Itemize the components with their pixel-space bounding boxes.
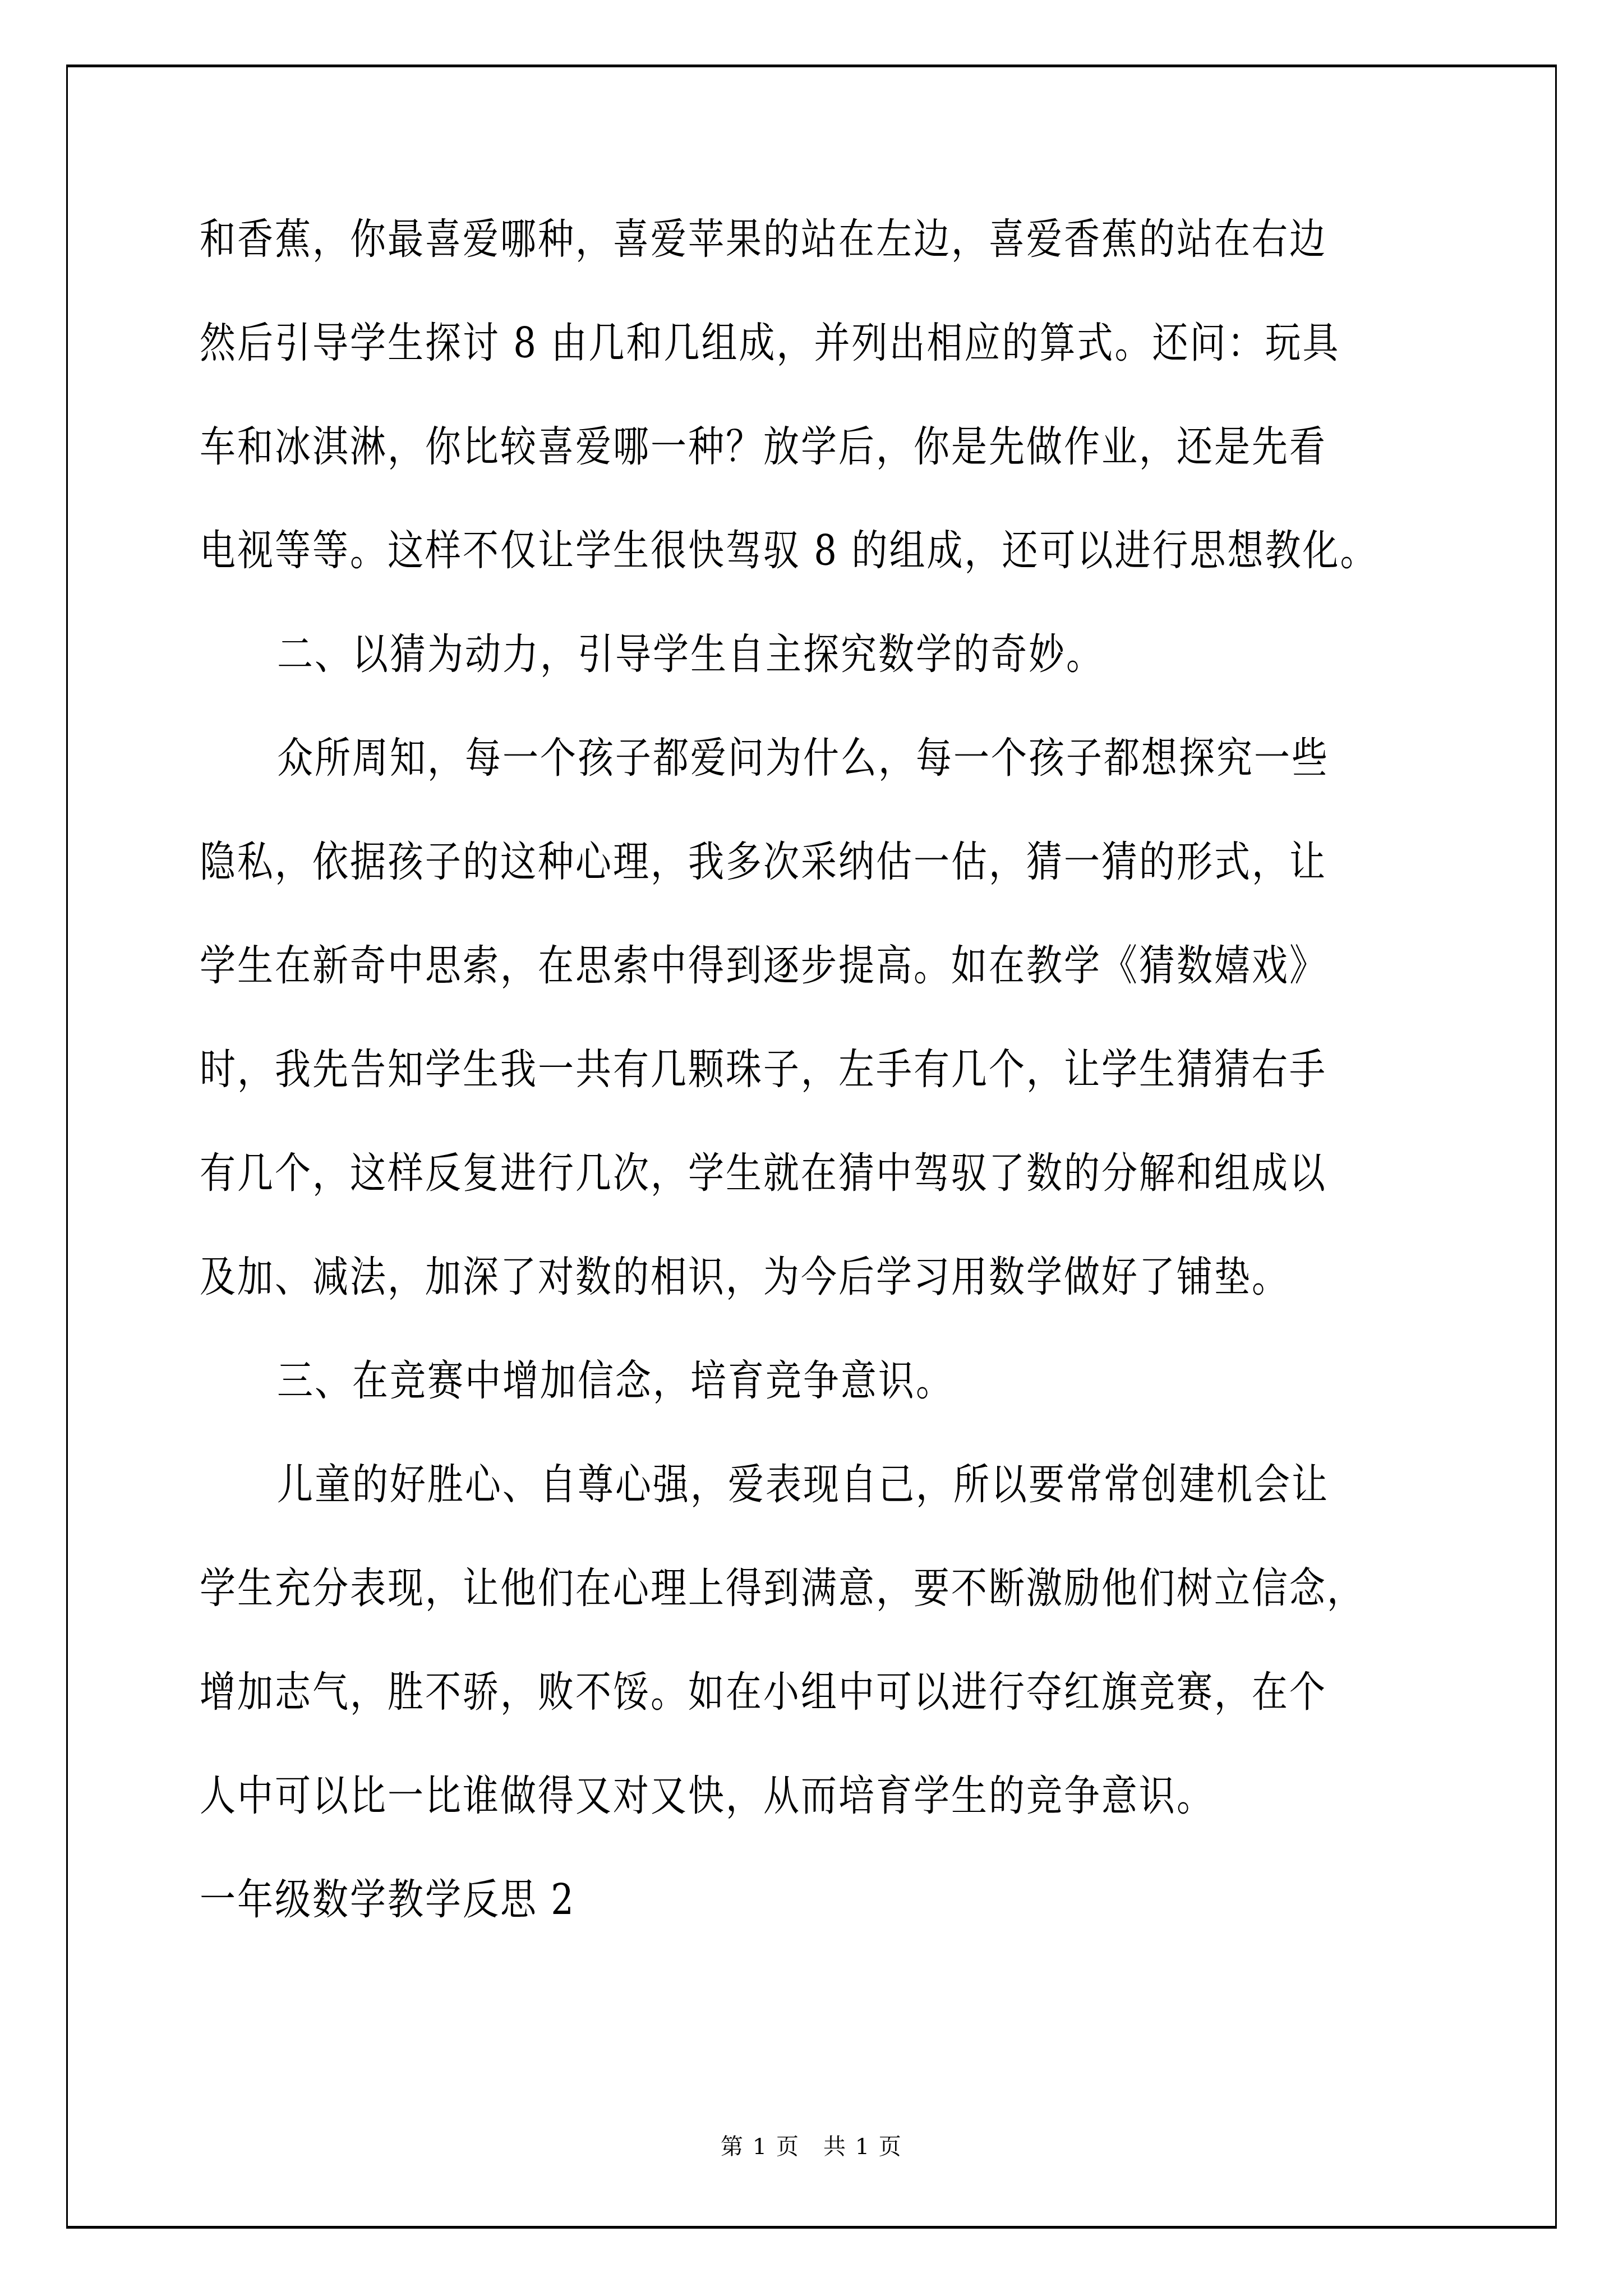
text-line: 人中可以比一比谁做得又对又快，从而培育学生的竞争意识。	[200, 1770, 1214, 1823]
text-line: 众所周知，每一个孩子都爱问为什么，每一个孩子都想探究一些	[277, 732, 1329, 785]
text-line: 学生充分表现，让他们在心理上得到满意，要不断激励他们树立信念，	[200, 1562, 1364, 1615]
text-line: 电视等等。这样不仅让学生很快驾驭 8 的组成，还可以进行思想教化。	[200, 524, 1377, 577]
section-heading: 二、以猜为动力，引导学生自主探究数学的奇妙。	[277, 628, 1104, 681]
text-line: 有几个，这样反复进行几次，学生就在猜中驾驭了数的分解和组成以	[200, 1147, 1327, 1200]
text-line: 车和冰淇淋，你比较喜爱哪一种？放学后，你是先做作业，还是先看	[200, 421, 1327, 473]
text-line: 及加、减法，加深了对数的相识，为今后学习用数学做好了铺垫。	[200, 1251, 1289, 1304]
text-line: 然后引导学生探讨 8 由几和几组成，并列出相应的算式。还问：玩具	[200, 317, 1340, 370]
text-line: 和香蕉，你最喜爱哪种，喜爱苹果的站在左边，喜爱香蕉的站在右边	[200, 213, 1327, 266]
text-line: 增加志气，胜不骄，败不馁。如在小组中可以进行夺红旗竞赛，在个	[200, 1666, 1327, 1719]
page-number-footer: 第 1 页 共 1 页	[0, 2129, 1623, 2161]
section-heading: 三、在竞赛中增加信念，培育竞争意识。	[277, 1355, 953, 1407]
text-line: 时，我先告知学生我一共有几颗珠子，左手有几个，让学生猜猜右手	[200, 1043, 1327, 1096]
document-title: 一年级数学教学反思 2	[200, 1874, 575, 1926]
text-line: 学生在新奇中思索，在思索中得到逐步提高。如在教学《猜数嬉戏》	[200, 940, 1327, 992]
text-line: 儿童的好胜心、自尊心强，爱表现自己，所以要常常创建机会让	[277, 1458, 1329, 1511]
text-line: 隐私，依据孩子的这种心理，我多次采纳估一估，猜一猜的形式，让	[200, 836, 1327, 889]
